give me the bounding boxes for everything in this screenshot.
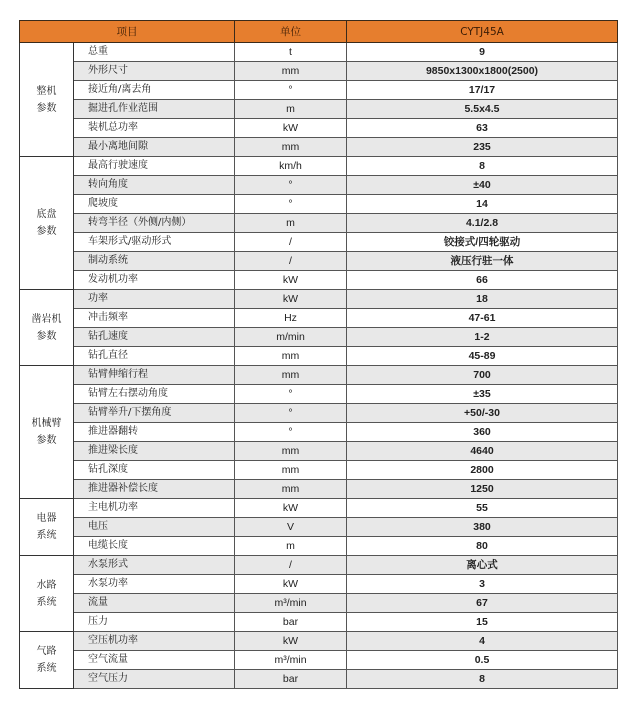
value-cell: 4640: [347, 442, 618, 461]
group-label-line1: 凿岩机: [24, 311, 69, 328]
item-cell: 钻孔深度: [74, 461, 235, 480]
unit-cell: kW: [235, 119, 347, 138]
header-model: CYTJ45A: [347, 21, 618, 43]
unit-cell: mm: [235, 461, 347, 480]
value-cell: +50/-30: [347, 404, 618, 423]
item-cell: 功率: [74, 290, 235, 309]
table-row: 机械臂参数钻臂伸缩行程mm700: [20, 366, 618, 385]
item-cell: 电压: [74, 518, 235, 537]
table-row: 水路系统水泵形式/离心式: [20, 556, 618, 575]
unit-cell: kW: [235, 499, 347, 518]
value-cell: 45-89: [347, 347, 618, 366]
value-cell: 55: [347, 499, 618, 518]
value-cell: ±35: [347, 385, 618, 404]
table-row: 流量m³/min67: [20, 594, 618, 613]
header-unit: 单位: [235, 21, 347, 43]
value-cell: 1250: [347, 480, 618, 499]
item-cell: 发动机功率: [74, 271, 235, 290]
value-cell: ±40: [347, 176, 618, 195]
item-cell: 最高行驶速度: [74, 157, 235, 176]
item-cell: 车架形式/驱动形式: [74, 233, 235, 252]
group-label-line2: 参数: [24, 432, 69, 449]
table-row: 制动系统/液压行驻一体: [20, 252, 618, 271]
unit-cell: km/h: [235, 157, 347, 176]
group-label-line2: 参数: [24, 328, 69, 345]
item-cell: 电缆长度: [74, 537, 235, 556]
value-cell: 0.5: [347, 651, 618, 670]
item-cell: 主电机功率: [74, 499, 235, 518]
value-cell: 360: [347, 423, 618, 442]
table-row: 推进器翻转°360: [20, 423, 618, 442]
group-label-line1: 机械臂: [24, 415, 69, 432]
group-label-line2: 系统: [24, 660, 69, 677]
unit-cell: kW: [235, 632, 347, 651]
value-cell: 17/17: [347, 81, 618, 100]
unit-cell: /: [235, 233, 347, 252]
value-cell: 18: [347, 290, 618, 309]
unit-cell: °: [235, 195, 347, 214]
unit-cell: kW: [235, 290, 347, 309]
group-label: 气路系统: [20, 632, 74, 689]
unit-cell: /: [235, 556, 347, 575]
group-label-line2: 参数: [24, 100, 69, 117]
group-label: 整机参数: [20, 43, 74, 157]
item-cell: 流量: [74, 594, 235, 613]
table-row: 爬坡度°14: [20, 195, 618, 214]
value-cell: 8: [347, 670, 618, 689]
group-label: 凿岩机参数: [20, 290, 74, 366]
value-cell: 9850x1300x1800(2500): [347, 62, 618, 81]
unit-cell: m: [235, 214, 347, 233]
value-cell: 15: [347, 613, 618, 632]
table-header-row: 项目 单位 CYTJ45A: [20, 21, 618, 43]
unit-cell: m³/min: [235, 651, 347, 670]
value-cell: 2800: [347, 461, 618, 480]
unit-cell: Hz: [235, 309, 347, 328]
value-cell: 235: [347, 138, 618, 157]
group-label-line1: 电器: [24, 510, 69, 527]
item-cell: 水泵形式: [74, 556, 235, 575]
group-label-line2: 参数: [24, 223, 69, 240]
unit-cell: °: [235, 176, 347, 195]
table-row: 钻臂举升/下摆角度°+50/-30: [20, 404, 618, 423]
value-cell: 1-2: [347, 328, 618, 347]
table-row: 整机参数总重t9: [20, 43, 618, 62]
unit-cell: mm: [235, 480, 347, 499]
value-cell: 380: [347, 518, 618, 537]
item-cell: 冲击频率: [74, 309, 235, 328]
item-cell: 钻臂伸缩行程: [74, 366, 235, 385]
unit-cell: kW: [235, 575, 347, 594]
item-cell: 外形尺寸: [74, 62, 235, 81]
value-cell: 离心式: [347, 556, 618, 575]
unit-cell: bar: [235, 613, 347, 632]
unit-cell: °: [235, 404, 347, 423]
item-cell: 制动系统: [74, 252, 235, 271]
item-cell: 空气流量: [74, 651, 235, 670]
unit-cell: °: [235, 385, 347, 404]
unit-cell: mm: [235, 138, 347, 157]
item-cell: 接近角/离去角: [74, 81, 235, 100]
value-cell: 67: [347, 594, 618, 613]
unit-cell: m: [235, 100, 347, 119]
table-row: 空气压力bar8: [20, 670, 618, 689]
table-row: 发动机功率kW66: [20, 271, 618, 290]
table-row: 外形尺寸mm9850x1300x1800(2500): [20, 62, 618, 81]
item-cell: 最小离地间隙: [74, 138, 235, 157]
table-row: 电压V380: [20, 518, 618, 537]
item-cell: 推进梁长度: [74, 442, 235, 461]
spec-table: 项目 单位 CYTJ45A 整机参数总重t9外形尺寸mm9850x1300x18…: [19, 20, 618, 689]
table-row: 气路系统空压机功率kW4: [20, 632, 618, 651]
item-cell: 空气压力: [74, 670, 235, 689]
table-row: 推进器补偿长度mm1250: [20, 480, 618, 499]
unit-cell: mm: [235, 366, 347, 385]
item-cell: 掘进孔作业范围: [74, 100, 235, 119]
table-row: 转向角度°±40: [20, 176, 618, 195]
table-row: 空气流量m³/min0.5: [20, 651, 618, 670]
unit-cell: V: [235, 518, 347, 537]
item-cell: 装机总功率: [74, 119, 235, 138]
item-cell: 钻孔速度: [74, 328, 235, 347]
unit-cell: m³/min: [235, 594, 347, 613]
table-row: 接近角/离去角°17/17: [20, 81, 618, 100]
value-cell: 47-61: [347, 309, 618, 328]
group-label-line1: 底盘: [24, 206, 69, 223]
group-label: 机械臂参数: [20, 366, 74, 499]
table-row: 车架形式/驱动形式/铰接式/四轮驱动: [20, 233, 618, 252]
item-cell: 压力: [74, 613, 235, 632]
table-row: 装机总功率kW63: [20, 119, 618, 138]
table-row: 推进梁长度mm4640: [20, 442, 618, 461]
item-cell: 转弯半径（外侧/内侧）: [74, 214, 235, 233]
table-row: 水泵功率kW3: [20, 575, 618, 594]
table-row: 掘进孔作业范围m5.5x4.5: [20, 100, 618, 119]
table-row: 压力bar15: [20, 613, 618, 632]
item-cell: 爬坡度: [74, 195, 235, 214]
value-cell: 4.1/2.8: [347, 214, 618, 233]
item-cell: 钻臂举升/下摆角度: [74, 404, 235, 423]
table-row: 钻孔速度m/min1-2: [20, 328, 618, 347]
unit-cell: °: [235, 423, 347, 442]
item-cell: 推进器补偿长度: [74, 480, 235, 499]
unit-cell: m/min: [235, 328, 347, 347]
table-row: 冲击频率Hz47-61: [20, 309, 618, 328]
value-cell: 63: [347, 119, 618, 138]
group-label: 电器系统: [20, 499, 74, 556]
table-row: 钻孔深度mm2800: [20, 461, 618, 480]
value-cell: 9: [347, 43, 618, 62]
value-cell: 8: [347, 157, 618, 176]
table-row: 电缆长度m80: [20, 537, 618, 556]
value-cell: 80: [347, 537, 618, 556]
table-row: 电器系统主电机功率kW55: [20, 499, 618, 518]
unit-cell: bar: [235, 670, 347, 689]
table-row: 转弯半径（外侧/内侧）m4.1/2.8: [20, 214, 618, 233]
value-cell: 液压行驻一体: [347, 252, 618, 271]
group-label-line2: 系统: [24, 527, 69, 544]
unit-cell: mm: [235, 442, 347, 461]
item-cell: 钻臂左右摆动角度: [74, 385, 235, 404]
item-cell: 推进器翻转: [74, 423, 235, 442]
item-cell: 总重: [74, 43, 235, 62]
unit-cell: m: [235, 537, 347, 556]
item-cell: 转向角度: [74, 176, 235, 195]
group-label-line1: 整机: [24, 83, 69, 100]
value-cell: 700: [347, 366, 618, 385]
group-label-line1: 气路: [24, 643, 69, 660]
unit-cell: t: [235, 43, 347, 62]
value-cell: 14: [347, 195, 618, 214]
value-cell: 4: [347, 632, 618, 651]
value-cell: 3: [347, 575, 618, 594]
value-cell: 5.5x4.5: [347, 100, 618, 119]
item-cell: 空压机功率: [74, 632, 235, 651]
table-body: 整机参数总重t9外形尺寸mm9850x1300x1800(2500)接近角/离去…: [20, 43, 618, 689]
table-row: 钻臂左右摆动角度°±35: [20, 385, 618, 404]
group-label-line2: 系统: [24, 594, 69, 611]
item-cell: 钻孔直径: [74, 347, 235, 366]
table-row: 最小离地间隙mm235: [20, 138, 618, 157]
item-cell: 水泵功率: [74, 575, 235, 594]
group-label-line1: 水路: [24, 577, 69, 594]
value-cell: 铰接式/四轮驱动: [347, 233, 618, 252]
unit-cell: kW: [235, 271, 347, 290]
group-label: 水路系统: [20, 556, 74, 632]
table-row: 凿岩机参数功率kW18: [20, 290, 618, 309]
unit-cell: °: [235, 81, 347, 100]
table-row: 钻孔直径mm45-89: [20, 347, 618, 366]
group-label: 底盘参数: [20, 157, 74, 290]
unit-cell: mm: [235, 347, 347, 366]
table-row: 底盘参数最高行驶速度km/h8: [20, 157, 618, 176]
header-item: 项目: [20, 21, 235, 43]
unit-cell: mm: [235, 62, 347, 81]
value-cell: 66: [347, 271, 618, 290]
unit-cell: /: [235, 252, 347, 271]
